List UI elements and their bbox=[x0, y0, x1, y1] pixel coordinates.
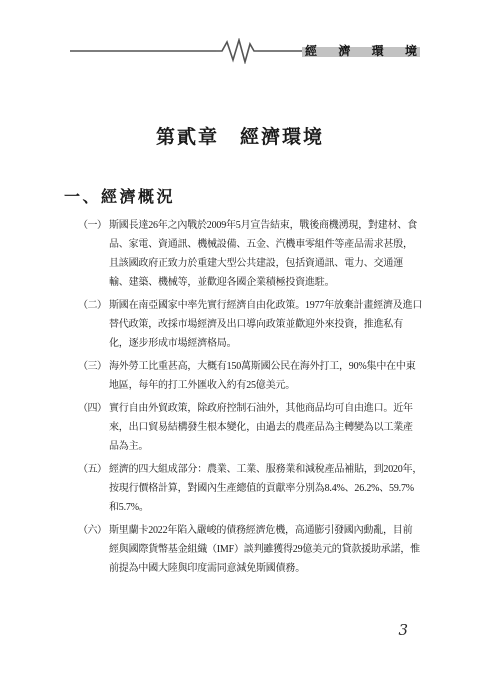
item-line: 斯國在南亞國家中率先實行經濟自由化政策。1977年放棄計畫經濟及進口 bbox=[109, 296, 418, 315]
item-line: 實行自由外貿政策，除政府控制石油外，其他商品均可自由進口。近年 bbox=[109, 399, 418, 418]
item-line: 品為主。 bbox=[109, 437, 418, 456]
item-line: 經濟的四大組成部分：農業、工業、服務業和減稅產品補貼，到2020年， bbox=[109, 460, 418, 479]
list-item: （五）經濟的四大組成部分：農業、工業、服務業和減稅產品補貼，到2020年，按現行… bbox=[78, 460, 418, 517]
item-line: 輸、建築、機械等，並歡迎各國企業積極投資進駐。 bbox=[109, 273, 418, 292]
item-lines: 斯國在南亞國家中率先實行經濟自由化政策。1977年放棄計畫經濟及進口替代政策，改… bbox=[109, 296, 418, 353]
item-lines: 經濟的四大組成部分：農業、工業、服務業和減稅產品補貼，到2020年，按現行價格計… bbox=[109, 460, 418, 517]
item-line: 前提為中國大陸與印度需同意減免斯國債務。 bbox=[109, 559, 418, 578]
item-label: （二） bbox=[78, 296, 109, 353]
item-label: （六） bbox=[78, 521, 109, 578]
list-item: （一）斯國長達26年之內戰於2009年5月宣告結束，戰後商機湧現，對建材、食品、… bbox=[78, 216, 418, 292]
item-label: （五） bbox=[78, 460, 109, 517]
running-title: 經 濟 環 境 bbox=[305, 44, 417, 58]
running-title-char: 環 bbox=[372, 44, 384, 58]
running-title-bar: 經 濟 環 境 bbox=[302, 47, 420, 57]
page-header: 經 濟 環 境 bbox=[70, 38, 420, 64]
content-list: （一）斯國長達26年之內戰於2009年5月宣告結束，戰後商機湧現，對建材、食品、… bbox=[78, 216, 418, 582]
item-line: 化，逐步形成市場經濟格局。 bbox=[109, 334, 418, 353]
document-page: 經 濟 環 境 第貳章 經濟環境 一、經濟概況 （一）斯國長達26年之內戰於20… bbox=[0, 0, 480, 679]
item-line: 斯里蘭卡2022年陷入嚴峻的債務經濟危機，高通膨引發國內動亂，目前 bbox=[109, 521, 418, 540]
page-number: 3 bbox=[398, 621, 408, 639]
item-line: 且該國政府正致力於重建大型公共建設，包括資通訊、電力、交通運 bbox=[109, 254, 418, 273]
item-line: 經與國際貨幣基金組織（IMF）談判雖獲得29億美元的貸款援助承諾，惟 bbox=[109, 540, 418, 559]
list-item: （二）斯國在南亞國家中率先實行經濟自由化政策。1977年放棄計畫經濟及進口替代政… bbox=[78, 296, 418, 353]
item-lines: 實行自由外貿政策，除政府控制石油外，其他商品均可自由進口。近年來，出口貿易結構發… bbox=[109, 399, 418, 456]
header-rule-left bbox=[70, 50, 216, 52]
item-lines: 斯國長達26年之內戰於2009年5月宣告結束，戰後商機湧現，對建材、食品、家電、… bbox=[109, 216, 418, 292]
list-item: （六）斯里蘭卡2022年陷入嚴峻的債務經濟危機，高通膨引發國內動亂，目前經與國際… bbox=[78, 521, 418, 578]
header-rule-right bbox=[258, 50, 302, 52]
running-title-char: 濟 bbox=[338, 44, 350, 58]
chapter-title: 第貳章 經濟環境 bbox=[0, 122, 480, 149]
pulse-zigzag-icon bbox=[216, 38, 258, 64]
item-line: 品、家電、資通訊、機械設備、五金、汽機車零組件等產品需求甚殷， bbox=[109, 235, 418, 254]
item-label: （一） bbox=[78, 216, 109, 292]
item-line: 替代政策，改採市場經濟及出口導向政策並歡迎外來投資，推進私有 bbox=[109, 315, 418, 334]
item-label: （四） bbox=[78, 399, 109, 456]
list-item: （四）實行自由外貿政策，除政府控制石油外，其他商品均可自由進口。近年來，出口貿易… bbox=[78, 399, 418, 456]
running-title-char: 境 bbox=[405, 44, 417, 58]
item-line: 地區，每年的打工外匯收入約有25億美元。 bbox=[109, 376, 418, 395]
section-heading: 一、經濟概況 bbox=[64, 184, 175, 207]
item-lines: 海外勞工比重甚高，大概有150萬斯國公民在海外打工，90%集中在中東地區，每年的… bbox=[109, 357, 418, 395]
item-line: 按現行價格計算，對國內生產總值的貢獻率分別為8.4%、26.2%、59.7% bbox=[109, 479, 418, 498]
item-label: （三） bbox=[78, 357, 109, 395]
item-line: 海外勞工比重甚高，大概有150萬斯國公民在海外打工，90%集中在中東 bbox=[109, 357, 418, 376]
item-line: 和5.7%。 bbox=[109, 498, 418, 517]
item-line: 斯國長達26年之內戰於2009年5月宣告結束，戰後商機湧現，對建材、食 bbox=[109, 216, 418, 235]
running-title-char: 經 bbox=[305, 44, 317, 58]
list-item: （三）海外勞工比重甚高，大概有150萬斯國公民在海外打工，90%集中在中東地區，… bbox=[78, 357, 418, 395]
item-line: 來，出口貿易結構發生根本變化，由過去的農產品為主轉變為以工業產 bbox=[109, 418, 418, 437]
item-lines: 斯里蘭卡2022年陷入嚴峻的債務經濟危機，高通膨引發國內動亂，目前經與國際貨幣基… bbox=[109, 521, 418, 578]
